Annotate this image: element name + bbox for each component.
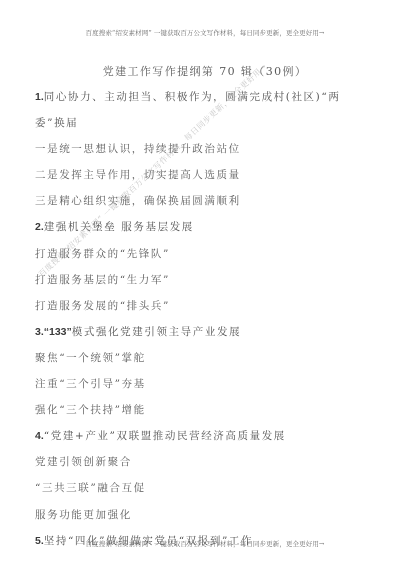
outline-subitem: 三是精心组织实施，确保换届圆满顺利 [35,193,380,219]
heading-text: 建强机关堡垒 服务基层发展 [44,221,194,233]
outline-heading-1-continued: 委”换届 [35,115,380,141]
heading-text: 委”换届 [35,117,78,129]
footer-banner: 百度搜索“绍安素材网” 一键获取百万公文写作材料，每日同步更新，更全更好用→ [0,539,410,548]
outline-subitem: 二是发挥主导作用，切实提高人选质量 [35,167,380,193]
heading-text: 同心协力、主动担当、积极作为，圆满完成村(社区)“两 [44,91,341,103]
outline-subitem: 聚焦“一个统领”掌舵 [35,350,380,376]
heading-number: 3.“133” [35,326,72,338]
outline-heading-1: 1.同心协力、主动担当、积极作为，圆满完成村(社区)“两 [35,89,380,115]
outline-heading-4: 4.“党建+产业”双联盟推动民营经济高质量发展 [35,428,380,454]
outline-heading-3: 3.“133”模式强化党建引领主导产业发展 [35,324,380,350]
heading-text: “党建+产业”双联盟推动民营经济高质量发展 [44,430,286,442]
heading-number: 4. [35,430,44,442]
outline-subitem: 打造服务发展的“排头兵” [35,298,380,324]
outline-subitem: 打造服务群众的“先锋队” [35,246,380,272]
document-title: 党建工作写作提纲第 70 辑（30例） [0,63,410,79]
document-page: 百度搜索“绍安素材网” 一键获取百万公文写作材料，每日同步更新，更全更好用→ 党… [0,0,410,580]
outline-subitem: 一是统一思想认识，持续提升政治站位 [35,141,380,167]
outline-subitem: 强化“三个扶持”增能 [35,402,380,428]
heading-number: 2. [35,221,44,233]
document-body: 1.同心协力、主动担当、积极作为，圆满完成村(社区)“两 委”换届 一是统一思想… [35,89,380,559]
outline-subitem: 服务功能更加强化 [35,507,380,533]
heading-number: 1. [35,91,44,103]
heading-text: 模式强化党建引领主导产业发展 [72,326,241,338]
header-banner: 百度搜索“绍安素材网” 一键获取百万公文写作材料，每日同步更新，更全更好用→ [0,28,410,37]
outline-subitem: 打造服务基层的“生力军” [35,272,380,298]
outline-subitem: 党建引领创新聚合 [35,454,380,480]
outline-subitem: 注重“三个引导”夯基 [35,376,380,402]
outline-subitem: “三共三联”融合互促 [35,480,380,506]
outline-heading-2: 2.建强机关堡垒 服务基层发展 [35,219,380,245]
